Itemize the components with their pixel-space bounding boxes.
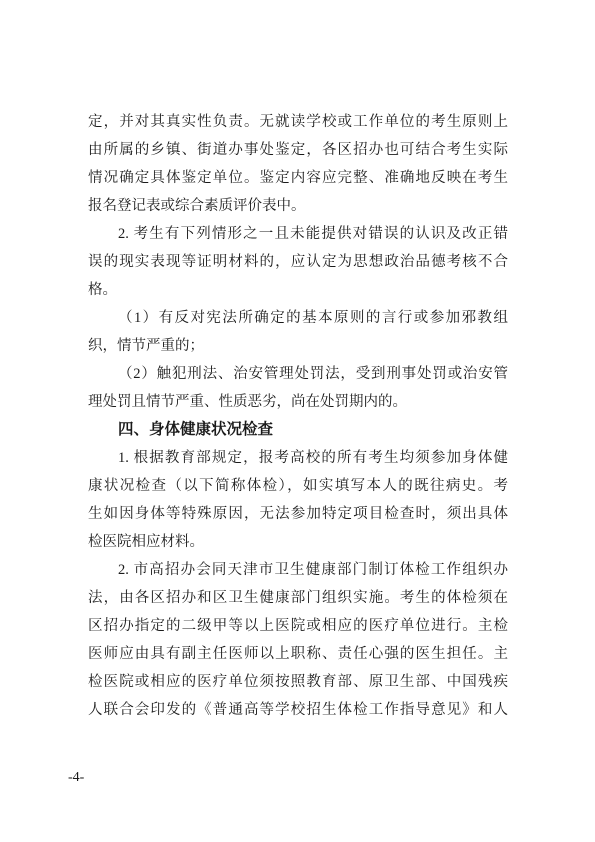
document-text-block: 定，并对其真实性负责。无就读学校或工作单位的考生原则上由所属的乡镇、街道办事处鉴… [88,108,508,724]
text-line: 检医院相应材料。 [88,528,508,556]
text-line: 格。 [88,276,508,304]
document-page: 定，并对其真实性负责。无就读学校或工作单位的考生原则上由所属的乡镇、街道办事处鉴… [0,0,595,842]
text-line: （2）触犯刑法、治安管理处罚法，受到刑事处罚或治安管 [88,360,508,388]
text-line: 康状况检查（以下简称体检），如实填写本人的既往病史。考 [88,472,508,500]
text-line: 区招办指定的二级甲等以上医院或相应的医疗单位进行。主检 [88,612,508,640]
text-line: 2. 市高招办会同天津市卫生健康部门制订体检工作组织办 [88,556,508,584]
text-line: 误的现实表现等证明材料的，应认定为思想政治品德考核不合 [88,248,508,276]
section-heading: 四、身体健康状况检查 [88,416,508,444]
text-line: 织，情节严重的； [88,332,508,360]
text-line: （1）有反对宪法所确定的基本原则的言行或参加邪教组 [88,304,508,332]
text-line: 理处罚且情节严重、性质恶劣，尚在处罚期内的。 [88,388,508,416]
text-line: 定，并对其真实性负责。无就读学校或工作单位的考生原则上 [88,108,508,136]
text-line: 报名登记表或综合素质评价表中。 [88,192,508,220]
text-line: 检医院或相应的医疗单位须按照教育部、原卫生部、中国残疾 [88,668,508,696]
text-line: 法，由各区招办和区卫生健康部门组织实施。考生的体检须在 [88,584,508,612]
text-line: 医师应由具有副主任医师以上职称、责任心强的医生担任。主 [88,640,508,668]
text-line: 2. 考生有下列情形之一且未能提供对错误的认识及改正错 [88,220,508,248]
text-line: 情况确定具体鉴定单位。鉴定内容应完整、准确地反映在考生 [88,164,508,192]
page-number: -4- [68,770,84,786]
text-line: 由所属的乡镇、街道办事处鉴定，各区招办也可结合考生实际 [88,136,508,164]
text-line: 生如因身体等特殊原因，无法参加特定项目检查时，须出具体 [88,500,508,528]
text-line: 1. 根据教育部规定，报考高校的所有考生均须参加身体健 [88,444,508,472]
text-line: 人联合会印发的《普通高等学校招生体检工作指导意见》和人 [88,696,508,724]
